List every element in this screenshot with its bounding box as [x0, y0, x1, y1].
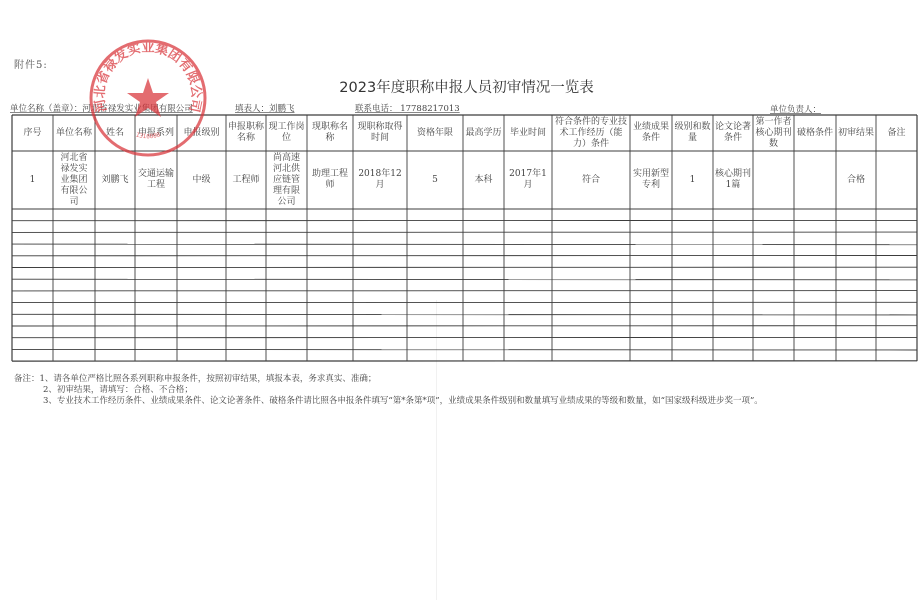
- table-cell: [876, 151, 917, 209]
- table-cell: 中级: [177, 151, 226, 209]
- header-cell: 现职称名称: [307, 115, 353, 151]
- header-cell: 初审结果: [836, 115, 876, 151]
- table-cell: 2018年12月: [353, 151, 407, 209]
- header-cell: 申报系列: [135, 115, 177, 151]
- header-cell: 单位名称: [53, 115, 95, 151]
- table-cell: [753, 151, 794, 209]
- table-cell: 助理工程师: [307, 151, 353, 209]
- table-cell: 河北省禄发实业集团有限公司: [53, 151, 95, 209]
- header-cell: 毕业时间: [504, 115, 552, 151]
- header-cell: 最高学历: [463, 115, 504, 151]
- review-table-grid: [0, 0, 923, 604]
- header-cell: 符合条件的专业技术工作经历（能力）条件: [552, 115, 630, 151]
- header-cell: 序号: [12, 115, 53, 151]
- note-2: 2、初审结果，请填写：合格、不合格；: [14, 385, 763, 396]
- header-cell: 现职称取得时间: [353, 115, 407, 151]
- table-cell: 5: [407, 151, 463, 209]
- header-cell: 申报职称名称: [226, 115, 266, 151]
- header-cell: 论文论著条件: [713, 115, 753, 151]
- header-cell: 第一作者核心期刊数: [753, 115, 794, 151]
- table-cell: 2017年1月: [504, 151, 552, 209]
- table-cell: 符合: [552, 151, 630, 209]
- table-cell: 工程师: [226, 151, 266, 209]
- header-cell: 业绩成果条件: [630, 115, 672, 151]
- table-cell: 合格: [836, 151, 876, 209]
- table-cell: 尚高速河北供应链管理有限公司: [266, 151, 307, 209]
- table-cell: 1: [672, 151, 713, 209]
- header-cell: 破格条件: [794, 115, 836, 151]
- note-1: 备注：1、请各单位严格比照各系列职称申报条件，按照初审结果，填报本表，务求真实、…: [14, 374, 763, 385]
- table-cell: 本科: [463, 151, 504, 209]
- table-cell: 交通运输工程: [135, 151, 177, 209]
- table-cell: 实用新型专利: [630, 151, 672, 209]
- table-cell: 1: [12, 151, 53, 209]
- table-cell: 核心期刊1篇: [713, 151, 753, 209]
- header-cell: 级别和数量: [672, 115, 713, 151]
- header-cell: 申报级别: [177, 115, 226, 151]
- header-cell: 备注: [876, 115, 917, 151]
- notes: 备注：1、请各单位严格比照各系列职称申报条件，按照初审结果，填报本表，务求真实、…: [14, 374, 763, 407]
- note-3: 3、专业技术工作经历条件、业绩成果条件、论文论著条件、破格条件请比照各申报条件填…: [14, 396, 763, 407]
- header-cell: 现工作岗位: [266, 115, 307, 151]
- header-cell: 姓名: [95, 115, 135, 151]
- header-cell: 资格年限: [407, 115, 463, 151]
- table-cell: [794, 151, 836, 209]
- table-cell: 刘鹏飞: [95, 151, 135, 209]
